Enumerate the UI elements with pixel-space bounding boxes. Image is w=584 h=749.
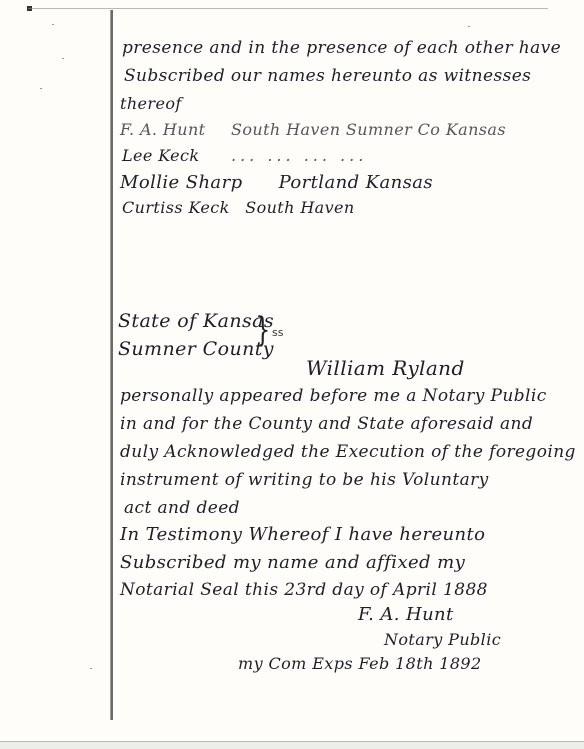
witness-3-name: Mollie Sharp [120,172,243,193]
scan-speck [90,668,92,669]
acknowledgment-line-1: personally appeared before me a Notary P… [120,386,547,406]
scan-speck [52,24,54,25]
witness-2: Lee Keck ... ... ... ... [122,146,367,165]
witness-4-location: South Haven [245,198,354,217]
venue-ss: ss [272,326,283,339]
acknowledgment-line-4: instrument of writing to be his Voluntar… [120,470,489,490]
commission-expiration: my Com Exps Feb 18th 1892 [238,654,482,673]
witness-2-name: Lee Keck [122,146,200,165]
notary-signature: F. A. Hunt [358,604,454,625]
testimony-line-1: In Testimony Whereof I have hereunto [120,524,485,545]
acknowledgment-line-2: in and for the County and State aforesai… [120,414,533,434]
witness-clause-line-1: presence and in the presence of each oth… [122,38,561,58]
document-page: presence and in the presence of each oth… [0,0,584,742]
venue-state: State of Kansas [118,310,274,332]
notary-title: Notary Public [384,630,501,649]
scan-speck [468,26,470,27]
testimony-line-2: Subscribed my name and affixed my [120,552,465,573]
top-edge-rule [28,8,548,10]
left-margin-line [110,10,113,720]
venue-brace: } [255,310,270,350]
acknowledgment-line-5: act and deed [124,498,240,518]
witness-1-location: South Haven Sumner Co Kansas [231,120,506,139]
witness-4-name: Curtiss Keck [122,198,230,217]
page-bottom-edge [0,741,584,749]
acknowledgment-line-3: duly Acknowledged the Execution of the f… [120,442,576,462]
acknowledgment-name: William Ryland [306,356,465,380]
witness-1: F. A. Hunt South Haven Sumner Co Kansas [120,120,506,139]
witness-2-location: ... ... ... ... [231,146,367,165]
witness-3-location: Portland Kansas [279,172,433,193]
witness-4: Curtiss Keck South Haven [122,198,355,217]
witness-clause-line-2: Subscribed our names hereunto as witness… [124,66,531,86]
testimony-line-3: Notarial Seal this 23rd day of April 188… [120,580,488,600]
witness-clause-line-3: thereof [120,94,182,113]
scan-speck [40,88,42,89]
scan-speck [62,58,64,59]
venue-county: Sumner County [118,338,274,360]
witness-1-name: F. A. Hunt [120,120,206,139]
witness-3: Mollie Sharp Portland Kansas [120,172,433,193]
